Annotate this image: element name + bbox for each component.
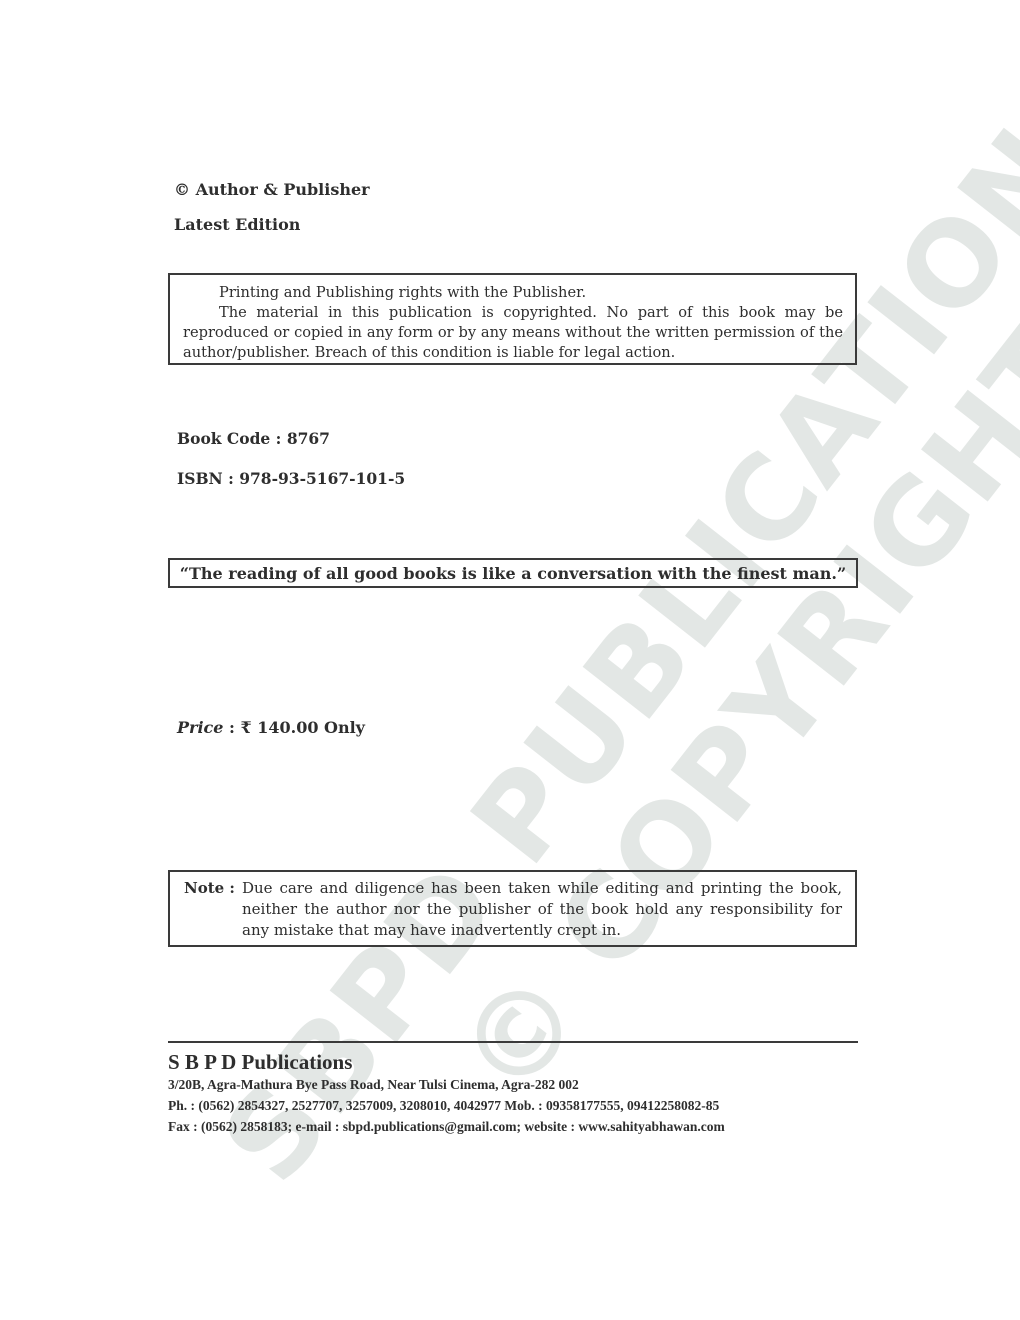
note-label: Note : bbox=[184, 878, 242, 941]
publisher-address: 3/20B, Agra-Mathura Bye Pass Road, Near … bbox=[168, 1077, 579, 1093]
book-code-value: 8767 bbox=[287, 429, 330, 448]
publisher-phone: Ph. : (0562) 2854327, 2527707, 3257009, … bbox=[168, 1098, 719, 1114]
copyright-line: © Author & Publisher bbox=[174, 180, 370, 199]
price-separator: : bbox=[223, 718, 240, 737]
copyright-notice-text: The material in this publication is copy… bbox=[183, 303, 843, 363]
book-code-label: Book Code : bbox=[177, 429, 287, 448]
note-box: Note : Due care and diligence has been t… bbox=[168, 870, 857, 947]
publisher-name: S B P D Publications bbox=[168, 1050, 352, 1075]
isbn-value: 978-93-5167-101-5 bbox=[239, 469, 405, 488]
copyright-page: © Author & Publisher Latest Edition Prin… bbox=[0, 0, 1020, 1320]
isbn-label: ISBN : bbox=[177, 469, 239, 488]
price-label: Price bbox=[177, 718, 223, 737]
publisher-contact: Fax : (0562) 2858183; e-mail : sbpd.publ… bbox=[168, 1119, 725, 1135]
isbn: ISBN : 978-93-5167-101-5 bbox=[177, 469, 405, 488]
note-text: Due care and diligence has been taken wh… bbox=[242, 878, 842, 941]
quote-text: “The reading of all good books is like a… bbox=[180, 564, 846, 583]
price-value: ₹ 140.00 Only bbox=[241, 718, 365, 737]
divider bbox=[168, 1041, 858, 1043]
quote-box: “The reading of all good books is like a… bbox=[168, 558, 858, 588]
rights-line: Printing and Publishing rights with the … bbox=[183, 283, 843, 303]
edition-line: Latest Edition bbox=[174, 215, 300, 234]
price: Price : ₹ 140.00 Only bbox=[177, 718, 365, 737]
book-code: Book Code : 8767 bbox=[177, 429, 330, 448]
rights-notice-box: Printing and Publishing rights with the … bbox=[168, 273, 857, 365]
